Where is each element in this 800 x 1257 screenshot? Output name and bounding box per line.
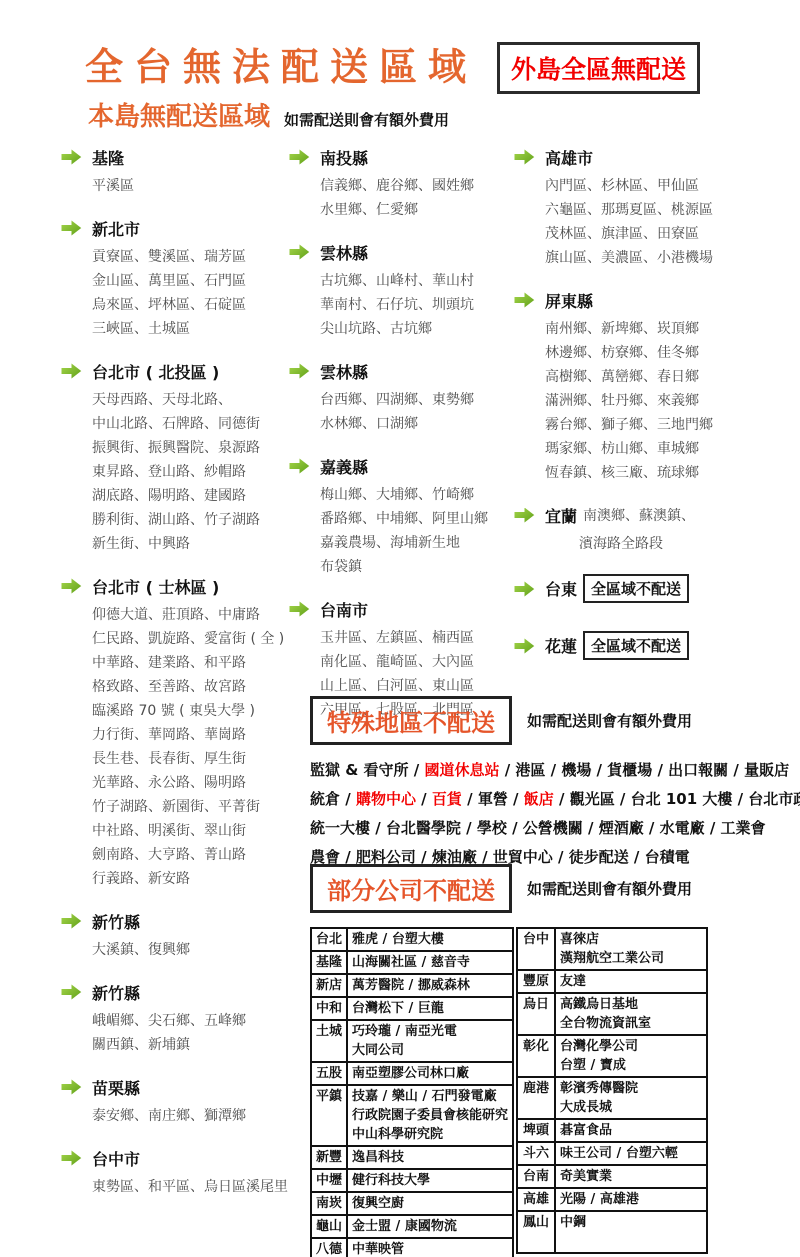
company-name-line: 台灣松下 / 巨龍 <box>352 999 508 1018</box>
green-arrow-right-icon <box>513 290 537 310</box>
company-name-line: 逸昌科技 <box>352 1148 508 1167</box>
region-line: 大溪鎮、復興鄉 <box>92 938 292 962</box>
region-title: 新竹縣 <box>92 910 140 933</box>
company-names-cell: 巧玲瓏 / 南亞光電大同公司 <box>347 1020 513 1062</box>
region-section: 苗栗縣泰安鄉、南庄鄉、獅潭鄉 <box>60 1075 292 1128</box>
special-area-note: 如需配送則會有額外費用 <box>527 710 692 731</box>
company-name-line: 光陽 / 高雄港 <box>560 1190 702 1209</box>
region-lines: 平溪區 <box>92 174 292 198</box>
region-column-right: 高雄市內門區、杉林區、甲仙區六龜區、那瑪夏區、桃源區茂林區、旗津區、田寮區旗山區… <box>513 145 800 688</box>
company-city-cell: 烏日 <box>517 993 555 1035</box>
company-row: 彰化台灣化學公司台塑 / 寶成 <box>517 1035 707 1077</box>
region-line: 南澳鄉、蘇澳鎮、 <box>583 505 695 525</box>
company-city-cell: 斗六 <box>517 1142 555 1165</box>
company-city-cell: 龜山 <box>311 1215 347 1238</box>
region-lines: 大溪鎮、復興鄉 <box>92 938 292 962</box>
region-title: 台北市 ( 北投區 ) <box>92 360 219 383</box>
region-line: 行義路、新安路 <box>92 867 292 891</box>
region-lines: 仰德大道、莊頂路、中庸路仁民路、凱旋路、愛富街 ( 全 )中華路、建業路、和平路… <box>92 603 292 891</box>
company-name-line: 山海關社區 / 慈音寺 <box>352 953 508 972</box>
company-name-line: 中華映管 <box>352 1240 508 1257</box>
company-name-line: 喜徠店 <box>560 930 702 949</box>
company-row: 五股南亞塑膠公司林口廠 <box>311 1062 513 1085</box>
company-name-line: 健行科技大學 <box>352 1171 508 1190</box>
company-section: 部分公司不配送 如需配送則會有額外費用 台北雅虎 / 台塑大樓基隆山海關社區 /… <box>310 864 798 1257</box>
region-column-middle: 南投縣信義鄉、鹿谷鄉、國姓鄉水里鄉、仁愛鄉雲林縣古坑鄉、山峰村、華山村華南村、石… <box>288 145 514 740</box>
region-title: 花蓮 <box>545 634 577 657</box>
region-line: 泰安鄉、南庄鄉、獅潭鄉 <box>92 1104 292 1128</box>
outer-island-badge: 外島全區無配送 <box>497 42 700 94</box>
green-arrow-right-icon <box>60 1148 84 1168</box>
region-lines: 梅山鄉、大埔鄉、竹崎鄉番路鄉、中埔鄉、阿里山鄉嘉義農場、海埔新生地布袋鎮 <box>320 483 514 579</box>
region-section-header: 台北市 ( 北投區 ) <box>60 359 292 383</box>
company-names-cell: 技嘉 / 樂山 / 石門發電廠行政院園子委員會核能研究中山科學研究院 <box>347 1085 513 1146</box>
green-arrow-right-icon <box>513 147 537 167</box>
company-row: 南崁復興空廚 <box>311 1192 513 1215</box>
region-section-header: 高雄市 <box>513 145 800 169</box>
company-name-line: 台灣化學公司 <box>560 1037 702 1056</box>
green-arrow-right-icon <box>513 579 537 599</box>
region-line: 金山區、萬里區、石門區 <box>92 269 292 293</box>
company-name-line: 漢翔航空工業公司 <box>560 949 702 968</box>
company-row: 八德中華映管 <box>311 1238 513 1257</box>
region-title: 新北市 <box>92 217 140 240</box>
region-section-header: 雲林縣 <box>288 240 514 264</box>
company-city-cell: 中和 <box>311 997 347 1020</box>
region-line: 中華路、建業路、和平路 <box>92 651 292 675</box>
region-lines: 古坑鄉、山峰村、華山村華南村、石仔坑、圳頭坑尖山坑路、古坑鄉 <box>320 269 514 341</box>
company-row: 烏日高鐵烏日基地全台物流資訊室 <box>517 993 707 1035</box>
region-section-header: 台南市 <box>288 597 514 621</box>
region-line: 高樹鄉、萬巒鄉、春日鄉 <box>545 365 800 389</box>
region-lines: 天母西路、天母北路、中山北路、石牌路、同德街振興街、振興醫院、泉源路東昇路、登山… <box>92 388 292 556</box>
region-line: 湖底路、陽明路、建國路 <box>92 484 292 508</box>
region-line: 林邊鄉、枋寮鄉、佳冬鄉 <box>545 341 800 365</box>
region-section-header: 新竹縣 <box>60 909 292 933</box>
company-city-cell: 彰化 <box>517 1035 555 1077</box>
company-names-cell: 金士盟 / 康國物流 <box>347 1215 513 1238</box>
region-line: 振興街、振興醫院、泉源路 <box>92 436 292 460</box>
region-section: 新北市貢寮區、雙溪區、瑞芳區金山區、萬里區、石門區烏來區、坪林區、石碇區三峽區、… <box>60 216 292 341</box>
company-names-cell: 中華映管 <box>347 1238 513 1257</box>
region-line: 內門區、杉林區、甲仙區 <box>545 174 800 198</box>
region-line: 長生巷、長春街、厚生街 <box>92 747 292 771</box>
region-section: 基隆平溪區 <box>60 145 292 198</box>
no-delivery-badge: 全區域不配送 <box>583 574 689 603</box>
region-line: 信義鄉、鹿谷鄉、國姓鄉 <box>320 174 514 198</box>
company-city-cell: 埤頭 <box>517 1119 555 1142</box>
region-line: 瑪家鄉、枋山鄉、車城鄉 <box>545 437 800 461</box>
company-row: 台北雅虎 / 台塑大樓 <box>311 928 513 951</box>
region-section-header: 屏東縣 <box>513 288 800 312</box>
green-arrow-right-icon <box>60 576 84 596</box>
company-names-cell: 萬芳醫院 / 挪威森林 <box>347 974 513 997</box>
company-row: 鳳山中鋼 <box>517 1211 707 1253</box>
company-names-cell: 光陽 / 高雄港 <box>555 1188 707 1211</box>
company-name-line: 南亞塑膠公司林口廠 <box>352 1064 508 1083</box>
region-section: 雲林縣古坑鄉、山峰村、華山村華南村、石仔坑、圳頭坑尖山坑路、古坑鄉 <box>288 240 514 341</box>
company-city-cell: 新豐 <box>311 1146 347 1169</box>
region-line: 關西鎮、新埔鎮 <box>92 1033 292 1057</box>
company-city-cell: 鳳山 <box>517 1211 555 1253</box>
region-lines: 濱海路全路段 <box>579 532 800 556</box>
region-section-header: 台中市 <box>60 1146 292 1170</box>
company-row: 新店萬芳醫院 / 挪威森林 <box>311 974 513 997</box>
region-line: 竹子湖路、新園街、平菁街 <box>92 795 292 819</box>
company-names-cell: 逸昌科技 <box>347 1146 513 1169</box>
company-row: 基隆山海關社區 / 慈音寺 <box>311 951 513 974</box>
company-name-line <box>560 1232 702 1251</box>
region-section-header: 嘉義縣 <box>288 454 514 478</box>
company-banner-row: 部分公司不配送 如需配送則會有額外費用 <box>310 864 798 913</box>
green-arrow-right-icon <box>288 242 312 262</box>
company-names-cell: 健行科技大學 <box>347 1169 513 1192</box>
delivery-notice-page: 全台無法配送區域 外島全區無配送 本島無配送區域 如需配送則會有額外費用 基隆平… <box>0 0 800 1257</box>
special-area-term: 統一大樓 / 台北醫學院 / 學校 / 公營機關 / 煙酒廠 / 水電廠 / 工… <box>310 819 766 837</box>
company-name-line: 萬芳醫院 / 挪威森林 <box>352 976 508 995</box>
company-names-cell: 復興空廚 <box>347 1192 513 1215</box>
region-line: 仁民路、凱旋路、愛富街 ( 全 ) <box>92 627 292 651</box>
region-section-header: 南投縣 <box>288 145 514 169</box>
region-section: 南投縣信義鄉、鹿谷鄉、國姓鄉水里鄉、仁愛鄉 <box>288 145 514 222</box>
green-arrow-right-icon <box>513 636 537 656</box>
green-arrow-right-icon <box>60 147 84 167</box>
region-line: 水林鄉、口湖鄉 <box>320 412 514 436</box>
green-arrow-right-icon <box>288 599 312 619</box>
company-names-cell: 喜徠店漢翔航空工業公司 <box>555 928 707 970</box>
region-line: 布袋鎮 <box>320 555 514 579</box>
region-title: 新竹縣 <box>92 981 140 1004</box>
region-line: 嘉義農場、海埔新生地 <box>320 531 514 555</box>
special-area-term: 統倉 / <box>310 790 356 808</box>
region-line: 滿洲鄉、牡丹鄉、來義鄉 <box>545 389 800 413</box>
company-banner: 部分公司不配送 <box>310 864 512 913</box>
company-row: 台中喜徠店漢翔航空工業公司 <box>517 928 707 970</box>
region-line: 山上區、白河區、東山區 <box>320 674 514 698</box>
company-name-line: 大同公司 <box>352 1041 508 1060</box>
company-city-cell: 五股 <box>311 1062 347 1085</box>
company-row: 中壢健行科技大學 <box>311 1169 513 1192</box>
region-title: 雲林縣 <box>320 241 368 264</box>
company-city-cell: 台南 <box>517 1165 555 1188</box>
region-lines: 貢寮區、雙溪區、瑞芳區金山區、萬里區、石門區烏來區、坪林區、石碇區三峽區、土城區 <box>92 245 292 341</box>
company-city-cell: 平鎮 <box>311 1085 347 1146</box>
company-tables: 台北雅虎 / 台塑大樓基隆山海關社區 / 慈音寺新店萬芳醫院 / 挪威森林中和台… <box>310 927 798 1257</box>
region-line: 仰德大道、莊頂路、中庸路 <box>92 603 292 627</box>
region-section: 新竹縣峨嵋鄉、尖石鄉、五峰鄉關西鎮、新埔鎮 <box>60 980 292 1057</box>
company-name-line: 友達 <box>560 972 702 991</box>
region-line: 南化區、龍崎區、大內區 <box>320 650 514 674</box>
region-title: 台北市 ( 士林區 ) <box>92 575 219 598</box>
region-line: 平溪區 <box>92 174 292 198</box>
special-area-line: 監獄 & 看守所 / 國道休息站 / 港區 / 機場 / 貨櫃場 / 出口報關 … <box>310 756 798 785</box>
special-area-term: / 觀光區 / 台北 101 大樓 / 台北市政府 <box>554 790 800 808</box>
region-line: 三峽區、土城區 <box>92 317 292 341</box>
region-lines: 泰安鄉、南庄鄉、獅潭鄉 <box>92 1104 292 1128</box>
region-section: 高雄市內門區、杉林區、甲仙區六龜區、那瑪夏區、桃源區茂林區、旗津區、田寮區旗山區… <box>513 145 800 270</box>
region-section: 台中市東勢區、和平區、烏日區溪尾里 <box>60 1146 292 1199</box>
company-name-line: 金士盟 / 康國物流 <box>352 1217 508 1236</box>
region-section-header: 宜蘭南澳鄉、蘇澳鎮、 <box>513 503 800 527</box>
subtitle: 本島無配送區域 <box>88 96 270 133</box>
special-area-line: 統一大樓 / 台北醫學院 / 學校 / 公營機關 / 煙酒廠 / 水電廠 / 工… <box>310 814 798 843</box>
company-row: 豐原友達 <box>517 970 707 993</box>
company-note: 如需配送則會有額外費用 <box>527 878 692 899</box>
company-name-line: 高鐵烏日基地 <box>560 995 702 1014</box>
company-city-cell: 基隆 <box>311 951 347 974</box>
region-section: 屏東縣南州鄉、新埤鄉、崁頂鄉林邊鄉、枋寮鄉、佳冬鄉高樹鄉、萬巒鄉、春日鄉滿洲鄉、… <box>513 288 800 485</box>
special-area-term-red: 購物中心 <box>356 790 416 808</box>
company-names-cell: 味王公司 / 台塑六輕 <box>555 1142 707 1165</box>
special-area-term: / 軍營 / <box>462 790 524 808</box>
region-line: 玉井區、左鎮區、楠西區 <box>320 626 514 650</box>
region-lines: 內門區、杉林區、甲仙區六龜區、那瑪夏區、桃源區茂林區、旗津區、田寮區旗山區、美濃… <box>545 174 800 270</box>
company-name-line: 彰濱秀傳醫院 <box>560 1079 702 1098</box>
company-row: 平鎮技嘉 / 樂山 / 石門發電廠行政院園子委員會核能研究中山科學研究院 <box>311 1085 513 1146</box>
company-names-cell: 台灣化學公司台塑 / 寶成 <box>555 1035 707 1077</box>
company-row: 鹿港彰濱秀傳醫院大成長城 <box>517 1077 707 1119</box>
company-names-cell: 高鐵烏日基地全台物流資訊室 <box>555 993 707 1035</box>
subtitle-note: 如需配送則會有額外費用 <box>284 109 449 130</box>
green-arrow-right-icon <box>60 1077 84 1097</box>
company-city-cell: 鹿港 <box>517 1077 555 1119</box>
region-title: 台南市 <box>320 598 368 621</box>
green-arrow-right-icon <box>60 982 84 1002</box>
company-city-cell: 高雄 <box>517 1188 555 1211</box>
region-title: 宜蘭 <box>545 504 577 527</box>
no-delivery-badge: 全區域不配送 <box>583 631 689 660</box>
company-name-line: 碁富食品 <box>560 1121 702 1140</box>
special-area-line: 統倉 / 購物中心 / 百貨 / 軍營 / 飯店 / 觀光區 / 台北 101 … <box>310 785 798 814</box>
region-line: 天母西路、天母北路、 <box>92 388 292 412</box>
company-names-cell: 雅虎 / 台塑大樓 <box>347 928 513 951</box>
company-name-line: 奇美實業 <box>560 1167 702 1186</box>
region-section: 台北市 ( 北投區 )天母西路、天母北路、中山北路、石牌路、同德街振興街、振興醫… <box>60 359 292 556</box>
special-banner-row: 特殊地區不配送 如需配送則會有額外費用 <box>310 696 798 745</box>
green-arrow-right-icon <box>513 505 537 525</box>
region-title: 高雄市 <box>545 146 593 169</box>
region-title: 台東 <box>545 577 577 600</box>
company-city-cell: 台中 <box>517 928 555 970</box>
region-section-header: 花蓮全區域不配送 <box>513 631 800 660</box>
region-line: 新生街、中興路 <box>92 532 292 556</box>
region-line: 力行街、華岡路、華崗路 <box>92 723 292 747</box>
region-title: 雲林縣 <box>320 360 368 383</box>
region-title: 台中市 <box>92 1147 140 1170</box>
special-area-term: 監獄 & 看守所 / <box>310 761 424 779</box>
region-line: 古坑鄉、山峰村、華山村 <box>320 269 514 293</box>
company-city-cell: 八德 <box>311 1238 347 1257</box>
company-city-cell: 中壢 <box>311 1169 347 1192</box>
region-column-left: 基隆平溪區新北市貢寮區、雙溪區、瑞芳區金山區、萬里區、石門區烏來區、坪林區、石碇… <box>60 145 292 1217</box>
company-name-line: 中山科學研究院 <box>352 1125 508 1144</box>
company-names-cell: 山海關社區 / 慈音寺 <box>347 951 513 974</box>
company-row: 新豐逸昌科技 <box>311 1146 513 1169</box>
company-names-cell: 中鋼 <box>555 1211 707 1253</box>
company-names-cell: 彰濱秀傳醫院大成長城 <box>555 1077 707 1119</box>
region-line: 貢寮區、雙溪區、瑞芳區 <box>92 245 292 269</box>
region-line: 番路鄉、中埔鄉、阿里山鄉 <box>320 507 514 531</box>
green-arrow-right-icon <box>288 147 312 167</box>
region-line: 尖山坑路、古坑鄉 <box>320 317 514 341</box>
region-lines: 東勢區、和平區、烏日區溪尾里 <box>92 1175 292 1199</box>
region-title: 屏東縣 <box>545 289 593 312</box>
region-section-header: 新北市 <box>60 216 292 240</box>
region-section: 嘉義縣梅山鄉、大埔鄉、竹崎鄉番路鄉、中埔鄉、阿里山鄉嘉義農場、海埔新生地布袋鎮 <box>288 454 514 579</box>
region-title: 南投縣 <box>320 146 368 169</box>
region-section: 雲林縣台西鄉、四湖鄉、東勢鄉水林鄉、口湖鄉 <box>288 359 514 436</box>
special-area-section: 特殊地區不配送 如需配送則會有額外費用 監獄 & 看守所 / 國道休息站 / 港… <box>310 696 798 872</box>
region-section-header: 台東全區域不配送 <box>513 574 800 603</box>
region-section: 台東全區域不配送 <box>513 574 800 603</box>
company-names-cell: 南亞塑膠公司林口廠 <box>347 1062 513 1085</box>
region-section-header: 新竹縣 <box>60 980 292 1004</box>
special-area-term-red: 飯店 <box>524 790 554 808</box>
special-area-list: 監獄 & 看守所 / 國道休息站 / 港區 / 機場 / 貨櫃場 / 出口報關 … <box>310 756 798 872</box>
company-name-line: 全台物流資訊室 <box>560 1014 702 1033</box>
company-row: 中和台灣松下 / 巨龍 <box>311 997 513 1020</box>
company-name-line: 雅虎 / 台塑大樓 <box>352 930 508 949</box>
region-line: 劍南路、大亨路、菁山路 <box>92 843 292 867</box>
special-area-term-red: 國道休息站 <box>424 761 499 779</box>
company-name-line: 味王公司 / 台塑六輕 <box>560 1144 702 1163</box>
green-arrow-right-icon <box>288 456 312 476</box>
region-line: 水里鄉、仁愛鄉 <box>320 198 514 222</box>
green-arrow-right-icon <box>60 218 84 238</box>
company-names-cell: 奇美實業 <box>555 1165 707 1188</box>
region-lines: 南州鄉、新埤鄉、崁頂鄉林邊鄉、枋寮鄉、佳冬鄉高樹鄉、萬巒鄉、春日鄉滿洲鄉、牡丹鄉… <box>545 317 800 485</box>
subtitle-row: 本島無配送區域 如需配送則會有額外費用 <box>88 96 449 133</box>
region-line: 勝利街、湖山路、竹子湖路 <box>92 508 292 532</box>
company-row: 龜山金士盟 / 康國物流 <box>311 1215 513 1238</box>
company-names-cell: 台灣松下 / 巨龍 <box>347 997 513 1020</box>
company-name-line: 復興空廚 <box>352 1194 508 1213</box>
region-line: 中社路、明溪街、翠山街 <box>92 819 292 843</box>
region-title: 嘉義縣 <box>320 455 368 478</box>
green-arrow-right-icon <box>60 911 84 931</box>
region-lines: 峨嵋鄉、尖石鄉、五峰鄉關西鎮、新埔鎮 <box>92 1009 292 1057</box>
company-row: 高雄光陽 / 高雄港 <box>517 1188 707 1211</box>
region-line: 恆春鎮、核三廠、琉球鄉 <box>545 461 800 485</box>
region-line: 中山北路、石牌路、同德街 <box>92 412 292 436</box>
company-row: 埤頭碁富食品 <box>517 1119 707 1142</box>
region-line: 旗山區、美濃區、小港機場 <box>545 246 800 270</box>
company-city-cell: 豐原 <box>517 970 555 993</box>
region-line: 東勢區、和平區、烏日區溪尾里 <box>92 1175 292 1199</box>
region-section: 台北市 ( 士林區 )仰德大道、莊頂路、中庸路仁民路、凱旋路、愛富街 ( 全 )… <box>60 574 292 891</box>
region-section: 宜蘭南澳鄉、蘇澳鎮、濱海路全路段 <box>513 503 800 556</box>
region-line: 東昇路、登山路、紗帽路 <box>92 460 292 484</box>
region-line: 南州鄉、新埤鄉、崁頂鄉 <box>545 317 800 341</box>
company-city-cell: 土城 <box>311 1020 347 1062</box>
region-line: 濱海路全路段 <box>579 532 800 556</box>
region-section-header: 苗栗縣 <box>60 1075 292 1099</box>
company-name-line: 中鋼 <box>560 1213 702 1232</box>
special-area-term: / 港區 / 機場 / 貨櫃場 / 出口報關 / 量販店 <box>499 761 789 779</box>
region-line: 六龜區、那瑪夏區、桃源區 <box>545 198 800 222</box>
region-section: 花蓮全區域不配送 <box>513 631 800 660</box>
region-line: 華南村、石仔坑、圳頭坑 <box>320 293 514 317</box>
company-name-line: 巧玲瓏 / 南亞光電 <box>352 1022 508 1041</box>
company-table-right: 台中喜徠店漢翔航空工業公司豐原友達烏日高鐵烏日基地全台物流資訊室彰化台灣化學公司… <box>516 927 708 1254</box>
region-line: 光華路、永公路、陽明路 <box>92 771 292 795</box>
region-line: 峨嵋鄉、尖石鄉、五峰鄉 <box>92 1009 292 1033</box>
green-arrow-right-icon <box>288 361 312 381</box>
special-area-banner: 特殊地區不配送 <box>310 696 512 745</box>
company-names-cell: 碁富食品 <box>555 1119 707 1142</box>
company-row: 斗六味王公司 / 台塑六輕 <box>517 1142 707 1165</box>
region-section-header: 基隆 <box>60 145 292 169</box>
company-row: 土城巧玲瓏 / 南亞光電大同公司 <box>311 1020 513 1062</box>
company-name-line: 技嘉 / 樂山 / 石門發電廠 <box>352 1087 508 1106</box>
region-lines: 信義鄉、鹿谷鄉、國姓鄉水里鄉、仁愛鄉 <box>320 174 514 222</box>
region-title: 基隆 <box>92 146 124 169</box>
region-section: 新竹縣大溪鎮、復興鄉 <box>60 909 292 962</box>
region-line: 霧台鄉、獅子鄉、三地門鄉 <box>545 413 800 437</box>
company-name-line: 大成長城 <box>560 1098 702 1117</box>
company-city-cell: 新店 <box>311 974 347 997</box>
region-line: 梅山鄉、大埔鄉、竹崎鄉 <box>320 483 514 507</box>
region-line: 格致路、至善路、故宮路 <box>92 675 292 699</box>
region-line: 茂林區、旗津區、田寮區 <box>545 222 800 246</box>
green-arrow-right-icon <box>60 361 84 381</box>
region-section-header: 台北市 ( 士林區 ) <box>60 574 292 598</box>
region-line: 臨溪路 70 號 ( 東吳大學 ) <box>92 699 292 723</box>
company-table-left: 台北雅虎 / 台塑大樓基隆山海關社區 / 慈音寺新店萬芳醫院 / 挪威森林中和台… <box>310 927 514 1257</box>
region-section-header: 雲林縣 <box>288 359 514 383</box>
special-area-term: / <box>416 790 432 808</box>
special-area-term-red: 百貨 <box>432 790 462 808</box>
page-title: 全台無法配送區域 <box>85 36 477 91</box>
company-name-line: 行政院園子委員會核能研究 <box>352 1106 508 1125</box>
company-row: 台南奇美實業 <box>517 1165 707 1188</box>
region-title: 苗栗縣 <box>92 1076 140 1099</box>
company-city-cell: 南崁 <box>311 1192 347 1215</box>
region-lines: 台西鄉、四湖鄉、東勢鄉水林鄉、口湖鄉 <box>320 388 514 436</box>
company-city-cell: 台北 <box>311 928 347 951</box>
company-name-line: 台塑 / 寶成 <box>560 1056 702 1075</box>
region-line: 台西鄉、四湖鄉、東勢鄉 <box>320 388 514 412</box>
company-names-cell: 友達 <box>555 970 707 993</box>
region-line: 烏來區、坪林區、石碇區 <box>92 293 292 317</box>
